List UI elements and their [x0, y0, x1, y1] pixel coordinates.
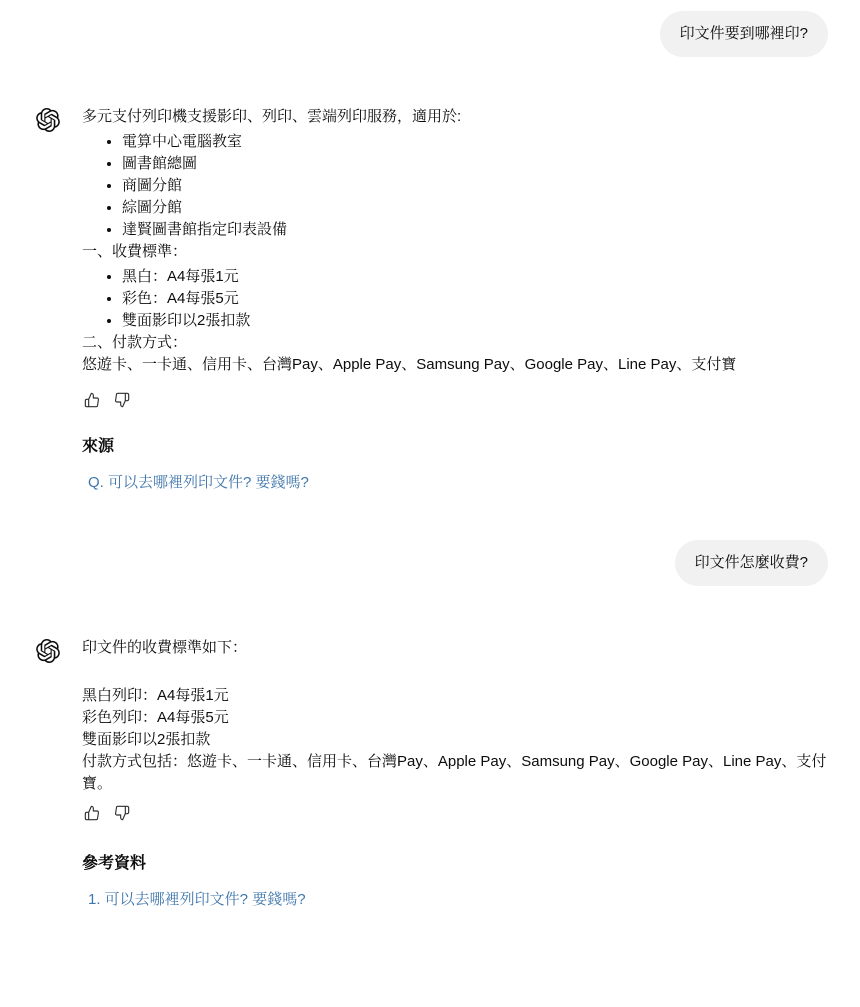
openai-logo-icon — [36, 108, 60, 132]
fee-line: 黑白列印：A4每張1元 — [82, 685, 830, 707]
payment-line: 付款方式包括：悠遊卡、一卡通、信用卡、台灣Pay、Apple Pay、Samsu… — [82, 751, 830, 795]
fee-list: 黑白：A4每張1元 彩色：A4每張5元 雙面影印以2張扣款 — [82, 266, 830, 332]
source-link-row: Q. 可以去哪裡列印文件? 要錢嗎? — [82, 472, 830, 494]
reference-link[interactable]: 1. 可以去哪裡列印文件? 要錢嗎? — [88, 891, 306, 908]
assistant-message: 印文件的收費標準如下： 黑白列印：A4每張1元 彩色列印：A4每張5元 雙面影印… — [0, 637, 860, 911]
source-link[interactable]: Q. 可以去哪裡列印文件? 要錢嗎? — [88, 474, 309, 491]
assistant-message: 多元支付列印機支援影印、列印、雲端列印服務，適用於: 電算中心電腦教室 圖書館總… — [0, 106, 860, 494]
assistant-intro: 多元支付列印機支援影印、列印、雲端列印服務，適用於: — [82, 106, 830, 128]
thumbs-down-icon — [114, 805, 130, 821]
payment-heading: 二、付款方式： — [82, 332, 830, 354]
list-item: 雙面影印以2張扣款 — [122, 310, 830, 332]
user-message: 印文件要到哪裡印? — [0, 11, 860, 57]
thumbs-down-icon — [114, 392, 130, 408]
list-item: 黑白：A4每張1元 — [122, 266, 830, 288]
assistant-content: 多元支付列印機支援影印、列印、雲端列印服務，適用於: 電算中心電腦教室 圖書館總… — [82, 106, 830, 494]
references-heading: 參考資料 — [82, 853, 830, 875]
fee-line: 雙面影印以2張扣款 — [82, 729, 830, 751]
thumbs-down-button[interactable] — [112, 390, 132, 410]
list-item: 綜圖分館 — [122, 197, 830, 219]
chat-thread: 印文件要到哪裡印? 多元支付列印機支援影印、列印、雲端列印服務，適用於: 電算中… — [0, 11, 860, 911]
assistant-intro: 印文件的收費標準如下： — [82, 637, 830, 659]
user-message: 印文件怎麼收費? — [0, 540, 860, 586]
user-bubble: 印文件怎麼收費? — [675, 540, 828, 586]
location-list: 電算中心電腦教室 圖書館總圖 商圖分館 綜圖分館 達賢圖書館指定印表設備 — [82, 131, 830, 241]
list-item: 達賢圖書館指定印表設備 — [122, 219, 830, 241]
list-item: 圖書館總圖 — [122, 153, 830, 175]
user-bubble: 印文件要到哪裡印? — [660, 11, 828, 57]
thumbs-down-button[interactable] — [112, 803, 132, 823]
thumbs-up-button[interactable] — [82, 803, 102, 823]
feedback-bar — [82, 390, 830, 410]
sources-heading: 來源 — [82, 436, 830, 458]
list-item: 彩色：A4每張5元 — [122, 288, 830, 310]
thumbs-up-icon — [84, 392, 100, 408]
reference-link-row: 1. 可以去哪裡列印文件? 要錢嗎? — [82, 889, 830, 911]
thumbs-up-icon — [84, 805, 100, 821]
assistant-content: 印文件的收費標準如下： 黑白列印：A4每張1元 彩色列印：A4每張5元 雙面影印… — [82, 637, 830, 911]
payment-methods: 悠遊卡、一卡通、信用卡、台灣Pay、Apple Pay、Samsung Pay、… — [82, 354, 830, 376]
openai-logo-icon — [36, 639, 60, 663]
feedback-bar — [82, 803, 830, 823]
list-item: 商圖分館 — [122, 175, 830, 197]
fee-lines: 黑白列印：A4每張1元 彩色列印：A4每張5元 雙面影印以2張扣款 — [82, 685, 830, 751]
fee-heading: 一、收費標準： — [82, 241, 830, 263]
thumbs-up-button[interactable] — [82, 390, 102, 410]
list-item: 電算中心電腦教室 — [122, 131, 830, 153]
fee-line: 彩色列印：A4每張5元 — [82, 707, 830, 729]
